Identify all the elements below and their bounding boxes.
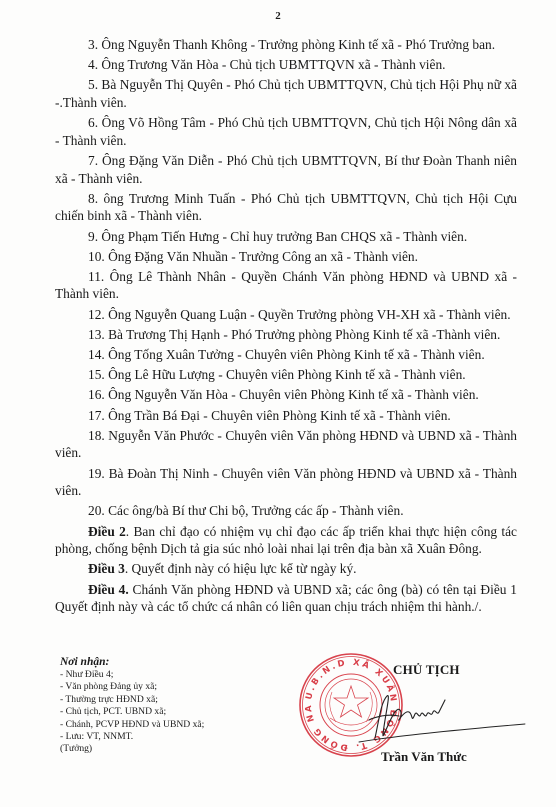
member-item: 3. Ông Nguyễn Thanh Không - Trưởng phòng… (55, 36, 517, 54)
member-item: 15. Ông Lê Hữu Lượng - Chuyên viên Phòng… (55, 366, 517, 384)
recipients-title: Nơi nhận: (60, 656, 204, 669)
recipients-block: Nơi nhận: - Như Điều 4; - Văn phòng Đảng… (60, 656, 204, 756)
article-label: Điều 4. (88, 582, 129, 597)
article-label: Điều 3 (88, 561, 125, 576)
member-item: 7. Ông Đặng Văn Diễn - Phó Chủ tịch UBMT… (55, 152, 517, 187)
recipient-item: (Tưởng) (60, 743, 204, 755)
member-item: 20. Các ông/bà Bí thư Chi bộ, Trưởng các… (55, 502, 517, 520)
member-item: 11. Ông Lê Thành Nhân - Quyền Chánh Văn … (55, 268, 517, 303)
member-item: 19. Bà Đoàn Thị Ninh - Chuyên viên Văn p… (55, 465, 517, 500)
member-item: 16. Ông Nguyễn Văn Hòa - Chuyên viên Phò… (55, 386, 517, 404)
handwritten-signature-icon (355, 690, 530, 745)
article-3: Điều 3. Quyết định này có hiệu lực kể từ… (55, 560, 517, 578)
member-item: 12. Ông Nguyễn Quang Luận - Quyền Trưởng… (55, 306, 517, 324)
recipient-item: - Chánh, PCVP HĐND và UBND xã; (60, 719, 204, 731)
signatory-name: Trần Văn Thức (381, 749, 467, 765)
document-body: 3. Ông Nguyễn Thanh Không - Trưởng phòng… (55, 36, 517, 618)
article-label: Điều 2 (88, 524, 126, 539)
article-4: Điều 4. Chánh Văn phòng HĐND và UBND xã;… (55, 581, 517, 616)
recipient-item: - Văn phòng Đảng ủy xã; (60, 681, 204, 693)
document-page: 2 3. Ông Nguyễn Thanh Không - Trưởng phò… (0, 0, 556, 807)
recipient-item: - Lưu: VT, NNMT. (60, 731, 204, 743)
member-item: 17. Ông Trần Bá Đại - Chuyên viên Phòng … (55, 407, 517, 425)
member-item: 18. Nguyễn Văn Phước - Chuyên viên Văn p… (55, 427, 517, 462)
article-text: Quyết định này có hiệu lực kể từ ngày ký… (128, 561, 356, 576)
member-item: 14. Ông Tống Xuân Tưởng - Chuyên viên Ph… (55, 346, 517, 364)
member-item: 9. Ông Phạm Tiến Hưng - Chỉ huy trưởng B… (55, 228, 517, 246)
member-item: 6. Ông Võ Hồng Tâm - Phó Chủ tịch UBMTTQ… (55, 114, 517, 149)
recipient-item: - Chủ tịch, PCT. UBND xã; (60, 706, 204, 718)
member-item: 5. Bà Nguyễn Thị Quyên - Phó Chủ tịch UB… (55, 76, 517, 111)
member-item: 4. Ông Trương Văn Hòa - Chủ tịch UBMTTQV… (55, 56, 517, 74)
page-number: 2 (0, 10, 556, 22)
article-2: Điều 2. Ban chỉ đạo có nhiệm vụ chỉ đạo … (55, 523, 517, 558)
recipient-item: - Thường trực HĐND xã; (60, 694, 204, 706)
member-item: 13. Bà Trương Thị Hạnh - Phó Trưởng phòn… (55, 326, 517, 344)
member-item: 10. Ông Đặng Văn Nhuần - Trưởng Công an … (55, 248, 517, 266)
member-item: 8. ông Trương Minh Tuấn - Phó Chủ tịch U… (55, 190, 517, 225)
signatory-title: CHỦ TỊCH (393, 662, 460, 678)
recipient-item: - Như Điều 4; (60, 669, 204, 681)
